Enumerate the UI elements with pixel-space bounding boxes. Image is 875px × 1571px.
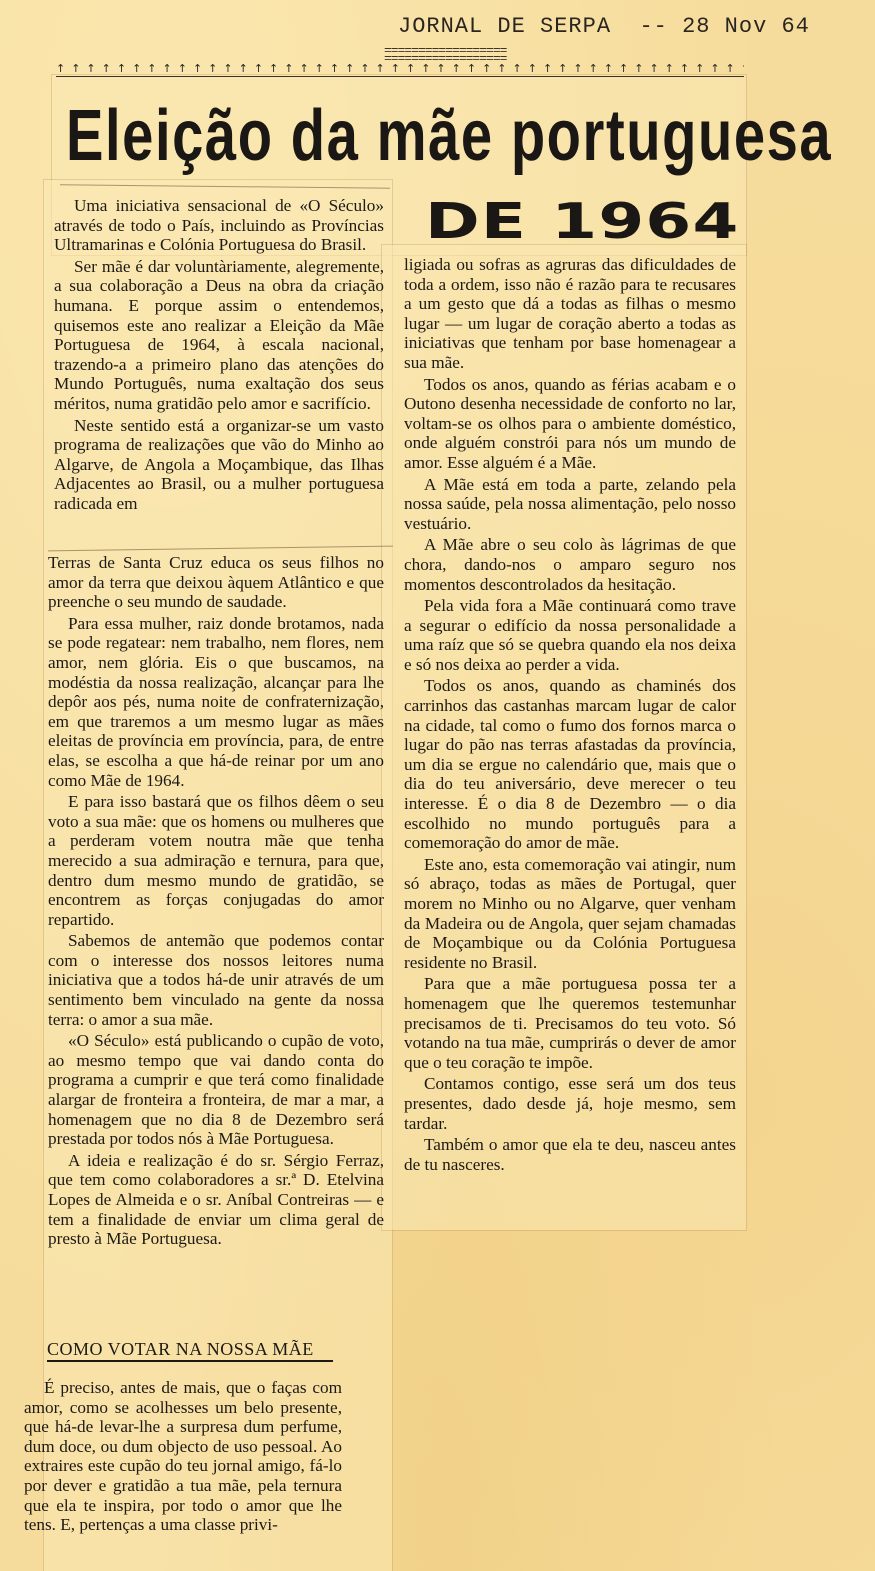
- paragraph: A Mãe está em toda a parte, zelando pela…: [404, 475, 736, 534]
- paragraph: E para isso bastará que os filhos dêem o…: [48, 792, 384, 929]
- paragraph: «O Século» está publicando o cupão de vo…: [48, 1031, 384, 1149]
- publication-name: JORNAL DE SERPA: [398, 14, 611, 39]
- paragraph: Uma iniciativa sensacional de «O Século»…: [54, 196, 384, 255]
- paragraph: ligiada ou sofras as agruras das dificul…: [404, 255, 736, 373]
- left-column-middle: Terras de Santa Cruz educa os seus filho…: [48, 553, 384, 1251]
- paragraph: É preciso, antes de mais, que o faças co…: [24, 1378, 342, 1535]
- headline-year: DE 1964: [425, 195, 740, 249]
- decorative-arrow-rule: ↑↑↑↑↑↑↑↑↑↑↑↑↑↑↑↑↑↑↑↑↑↑↑↑↑↑↑↑↑↑↑↑↑↑↑↑↑↑↑↑…: [56, 62, 744, 77]
- paragraph: Para que a mãe portuguesa possa ter a ho…: [404, 974, 736, 1072]
- paragraph: Todos os anos, quando as chaminés dos ca…: [404, 676, 736, 852]
- paragraph: Este ano, esta comemoração vai atingir, …: [404, 855, 736, 973]
- paragraph: Pela vida fora a Mãe continuará como tra…: [404, 596, 736, 674]
- paragraph: Ser mãe é dar voluntàriamente, alegremen…: [54, 257, 384, 414]
- paragraph: Terras de Santa Cruz educa os seus filho…: [48, 553, 384, 612]
- paragraph: Para essa mulher, raiz donde brotamos, n…: [48, 614, 384, 790]
- left-column-top: Uma iniciativa sensacional de «O Século»…: [54, 196, 384, 516]
- typed-header: JORNAL DE SERPA -- 28 Nov 64: [398, 14, 810, 39]
- header-separator: --: [639, 14, 667, 39]
- paragraph: Todos os anos, quando as férias acabam e…: [404, 375, 736, 473]
- section-heading: COMO VOTAR NA NOSSA MÃE: [47, 1338, 333, 1362]
- paragraph: Neste sentido está a organizar-se um vas…: [54, 416, 384, 514]
- paragraph: A Mãe abre o seu colo às lágrimas de que…: [404, 535, 736, 594]
- paragraph: Sabemos de antemão que podemos contar co…: [48, 931, 384, 1029]
- left-column-bottom: É preciso, antes de mais, que o faças co…: [24, 1378, 342, 1537]
- headline: Eleição da mãe portuguesa: [66, 96, 593, 176]
- paragraph: Também o amor que ela te deu, nasceu ant…: [404, 1135, 736, 1174]
- paragraph: A ideia e realização é do sr. Sérgio Fer…: [48, 1151, 384, 1249]
- paragraph: Contamos contigo, esse será um dos teus …: [404, 1074, 736, 1133]
- publication-date: 28 Nov 64: [682, 14, 810, 39]
- typed-underline: ================== ==================: [384, 47, 506, 63]
- right-column: ligiada ou sofras as agruras das dificul…: [404, 255, 736, 1176]
